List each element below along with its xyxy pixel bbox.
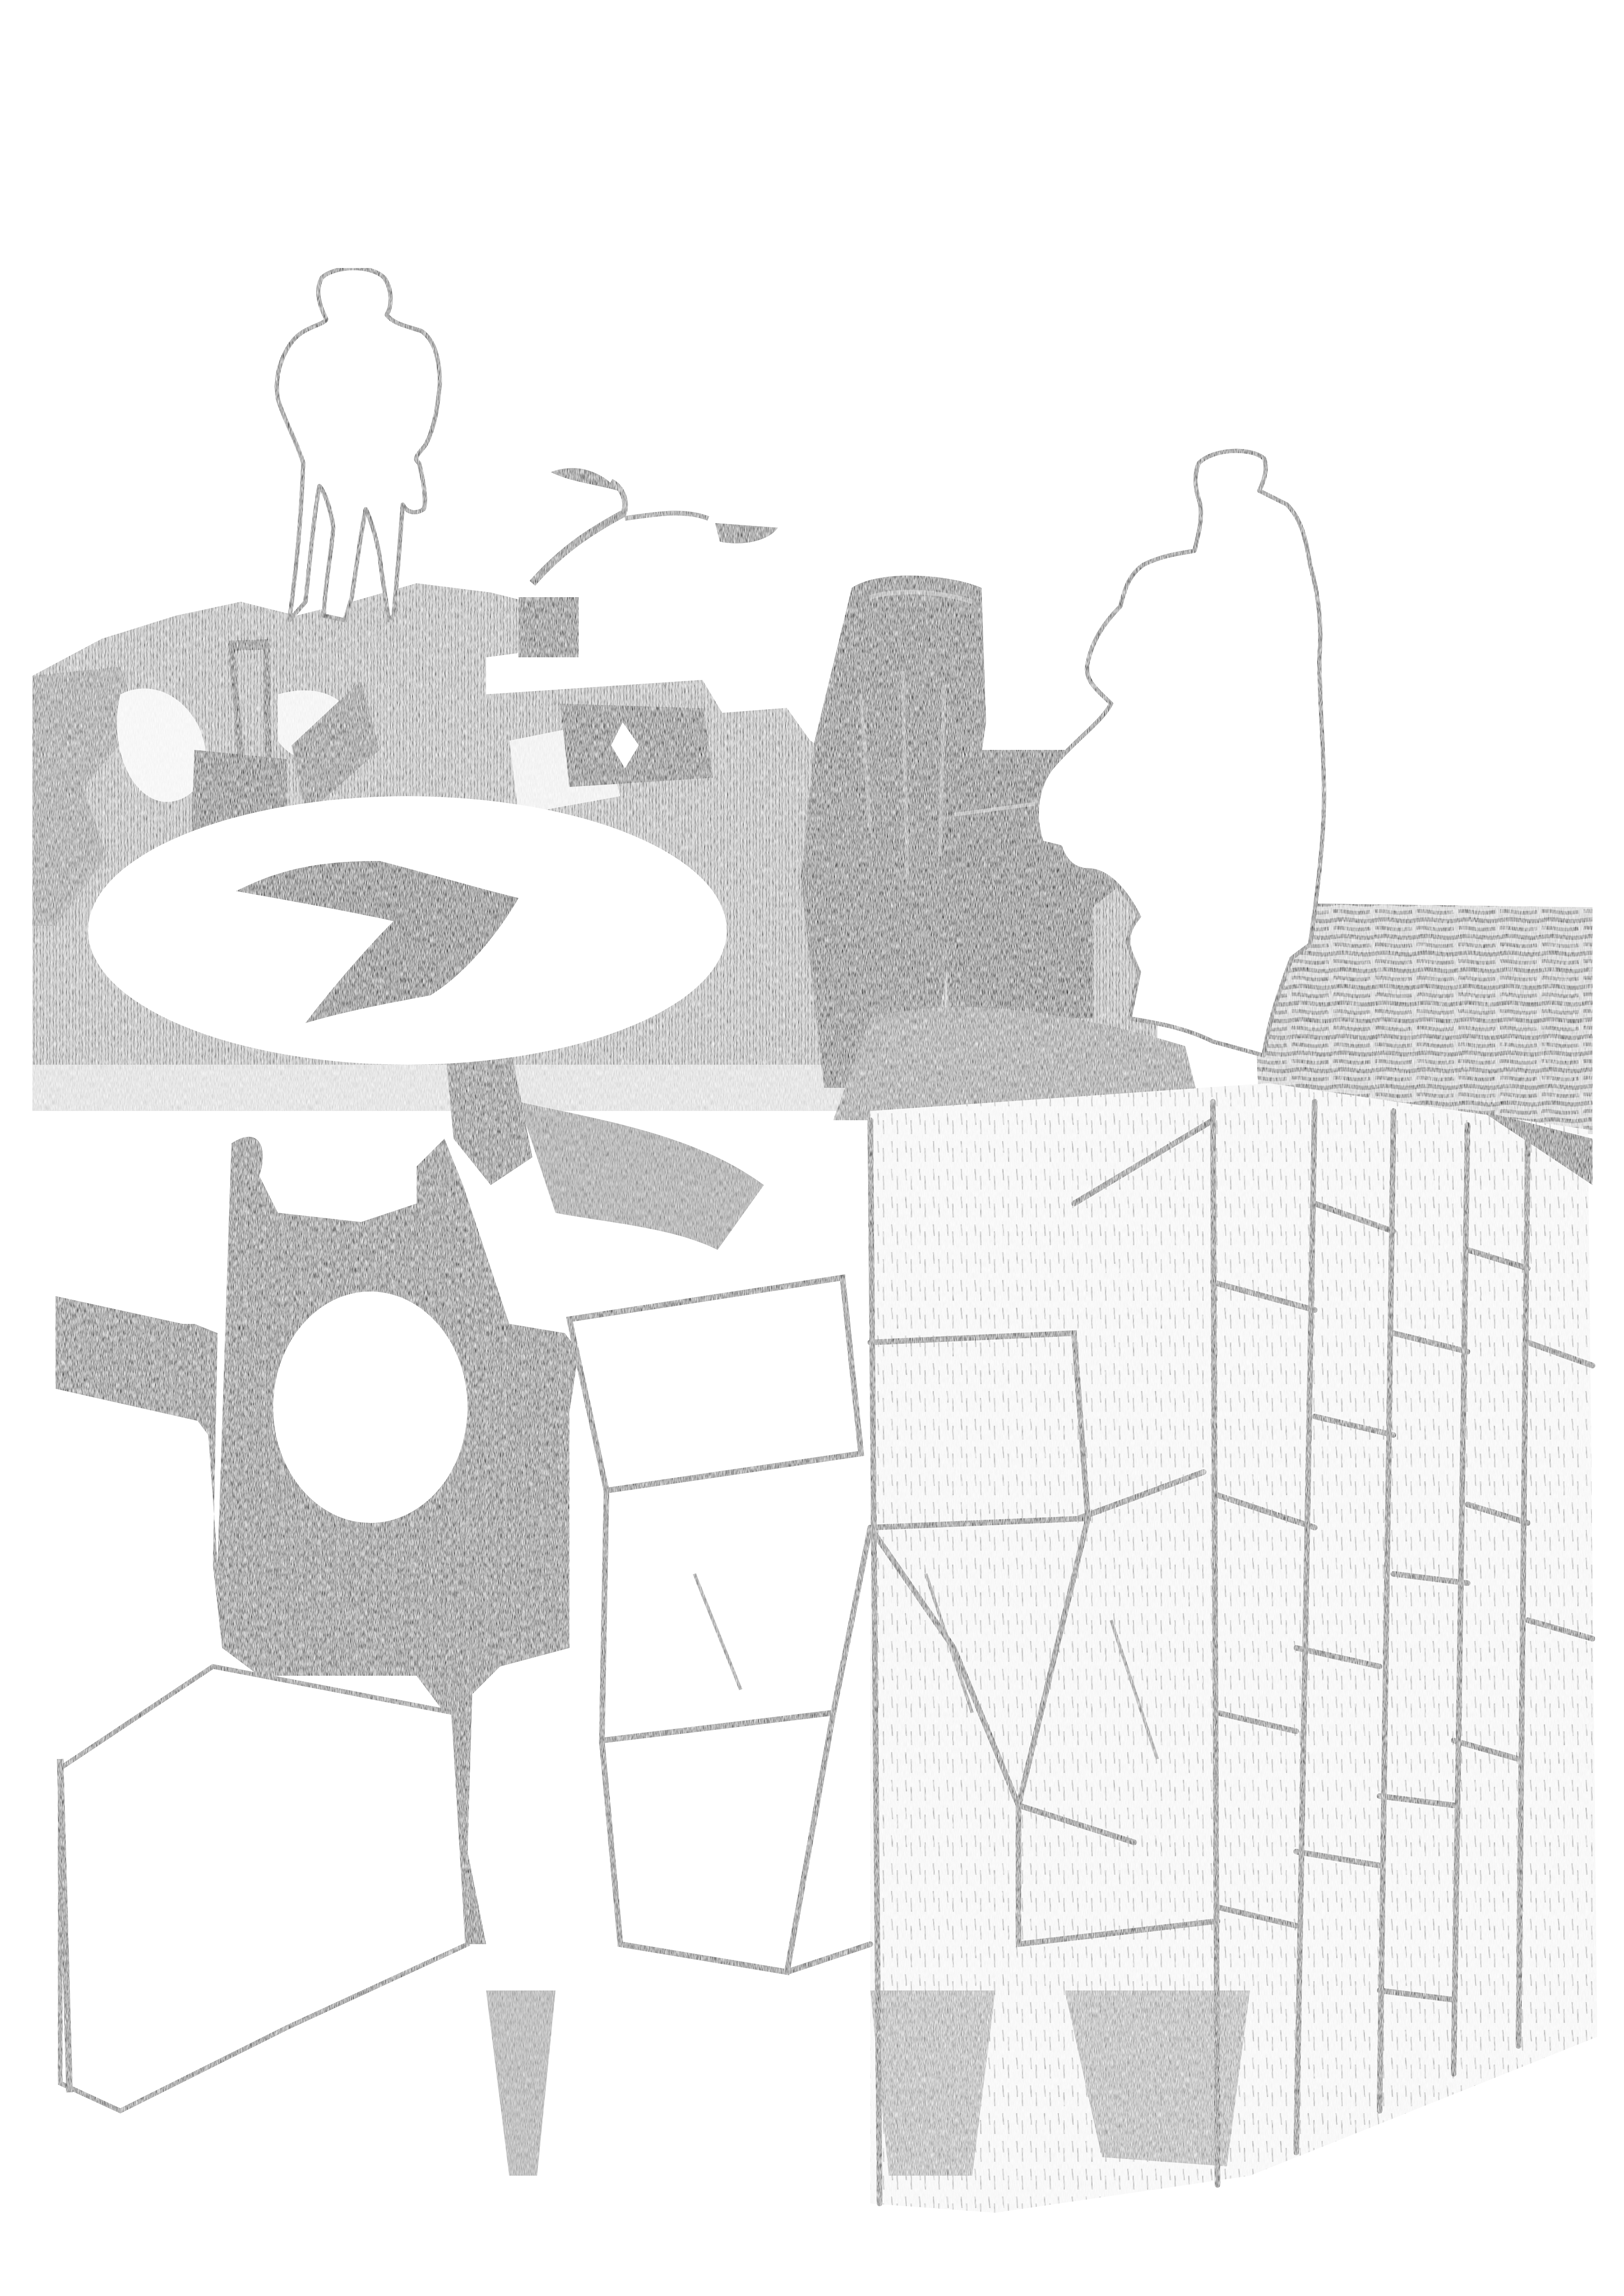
circular-hole xyxy=(273,1291,468,1523)
drawing-canvas xyxy=(0,0,1624,2296)
crate xyxy=(518,597,579,657)
direction-oval xyxy=(88,796,727,1065)
road-sign-box xyxy=(560,704,713,787)
